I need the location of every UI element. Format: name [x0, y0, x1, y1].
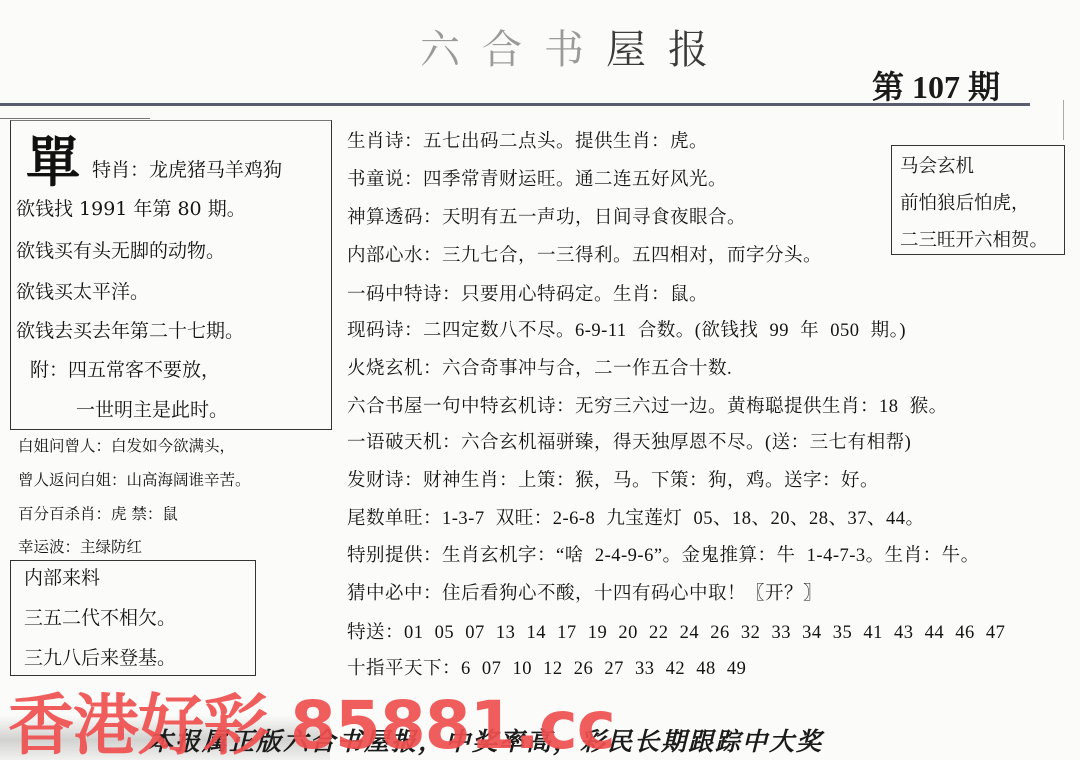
inside-info-line: 三九八后来登基。 [24, 646, 176, 670]
main-line: 书童说：四季常青财运旺。通二连五好风光。 [347, 168, 727, 192]
header-subdivider [0, 118, 150, 119]
issue-number: 第 107 期 [872, 62, 1000, 108]
special-zodiac-line: 特肖：龙虎猪马羊鸡狗 [92, 158, 282, 182]
left-box-line: 欲钱找 1991 年第 80 期。 [16, 197, 246, 221]
horse-club-title: 马会玄机 [900, 155, 974, 179]
main-line: 猜中必中：住后看狗心不酸，十四有码心中取！〖开？〗 [347, 582, 822, 606]
main-line: 六合书屋一句中特玄机诗：无穷三六过一边。黄梅聪提供生肖：18 猴。 [347, 395, 948, 419]
edge-line [1063, 100, 1064, 140]
title-char: 六 [420, 27, 482, 73]
main-line: 尾数单旺：1-3-7 双旺：2-6-8 九宝莲灯 05、18、20、28、37、… [347, 507, 925, 531]
left-extra-line: 幸运波：主绿防红 [18, 535, 142, 559]
left-extra-line: 曾人返问白姐：山高海阔谁辛苦。 [18, 468, 251, 492]
left-box-line: 一世明主是此时。 [76, 398, 228, 422]
main-line: 现码诗：二四定数八不尽。6-9-11 合数。(欲钱找 99 年 050 期。) [347, 319, 906, 343]
left-extra-line: 白姐问曾人：白发如今欲满头， [18, 434, 235, 458]
main-line: 一码中特诗：只要用心特码定。生肖：鼠。 [347, 283, 708, 307]
main-line: 生肖诗：五七出码二点头。提供生肖：虎。 [347, 130, 708, 154]
title-char: 屋 [606, 27, 668, 73]
main-line: 发财诗：财神生肖：上策：猴，马。下策：狗，鸡。送字：好。 [347, 469, 879, 493]
left-box-line: 欲钱买有头无脚的动物。 [16, 239, 225, 263]
main-line: 火烧玄机：六合奇事冲与合，二一作五合十数. [347, 357, 732, 381]
title-char: 书 [544, 27, 606, 73]
horse-club-line: 二三旺开六相贺。 [900, 229, 1048, 253]
newspaper-title: 六合书屋报 [420, 18, 730, 75]
left-box-line: 附：四五常客不要放， [30, 358, 220, 382]
left-box-line: 欲钱买太平洋。 [16, 280, 149, 304]
left-extra-line: 百分百杀肖：虎 禁：鼠 [18, 502, 178, 526]
horse-club-line: 前怕狼后怕虎， [900, 192, 1030, 216]
inside-info-line: 三五二代不相欠。 [24, 606, 176, 630]
title-char: 报 [668, 27, 730, 73]
special-numbers-line: 特送：01 05 07 13 14 17 19 20 22 24 26 32 3… [347, 621, 1005, 645]
main-line: 一语破天机：六合玄机福骈臻，得天独厚恩不尽。(送：三七有相帮) [347, 431, 911, 455]
watermark: 香港好彩 85881.cc [8, 672, 615, 760]
main-line: 内部心水：三九七合，一三得利。五四相对，而字分头。 [347, 244, 822, 268]
inside-info-title: 内部来料 [24, 566, 100, 590]
header-divider [0, 103, 1030, 106]
single-char-badge: 單 [26, 120, 80, 197]
main-line: 神算透码：天明有五一声功，日间寻食夜眼合。 [347, 206, 746, 230]
left-box-line: 欲钱去买去年第二十七期。 [16, 319, 244, 343]
title-char: 合 [482, 27, 544, 73]
main-line: 特别提供：生肖玄机字：“啥 2-4-9-6”。金鬼推算：牛 1-4-7-3。生肖… [347, 544, 980, 568]
